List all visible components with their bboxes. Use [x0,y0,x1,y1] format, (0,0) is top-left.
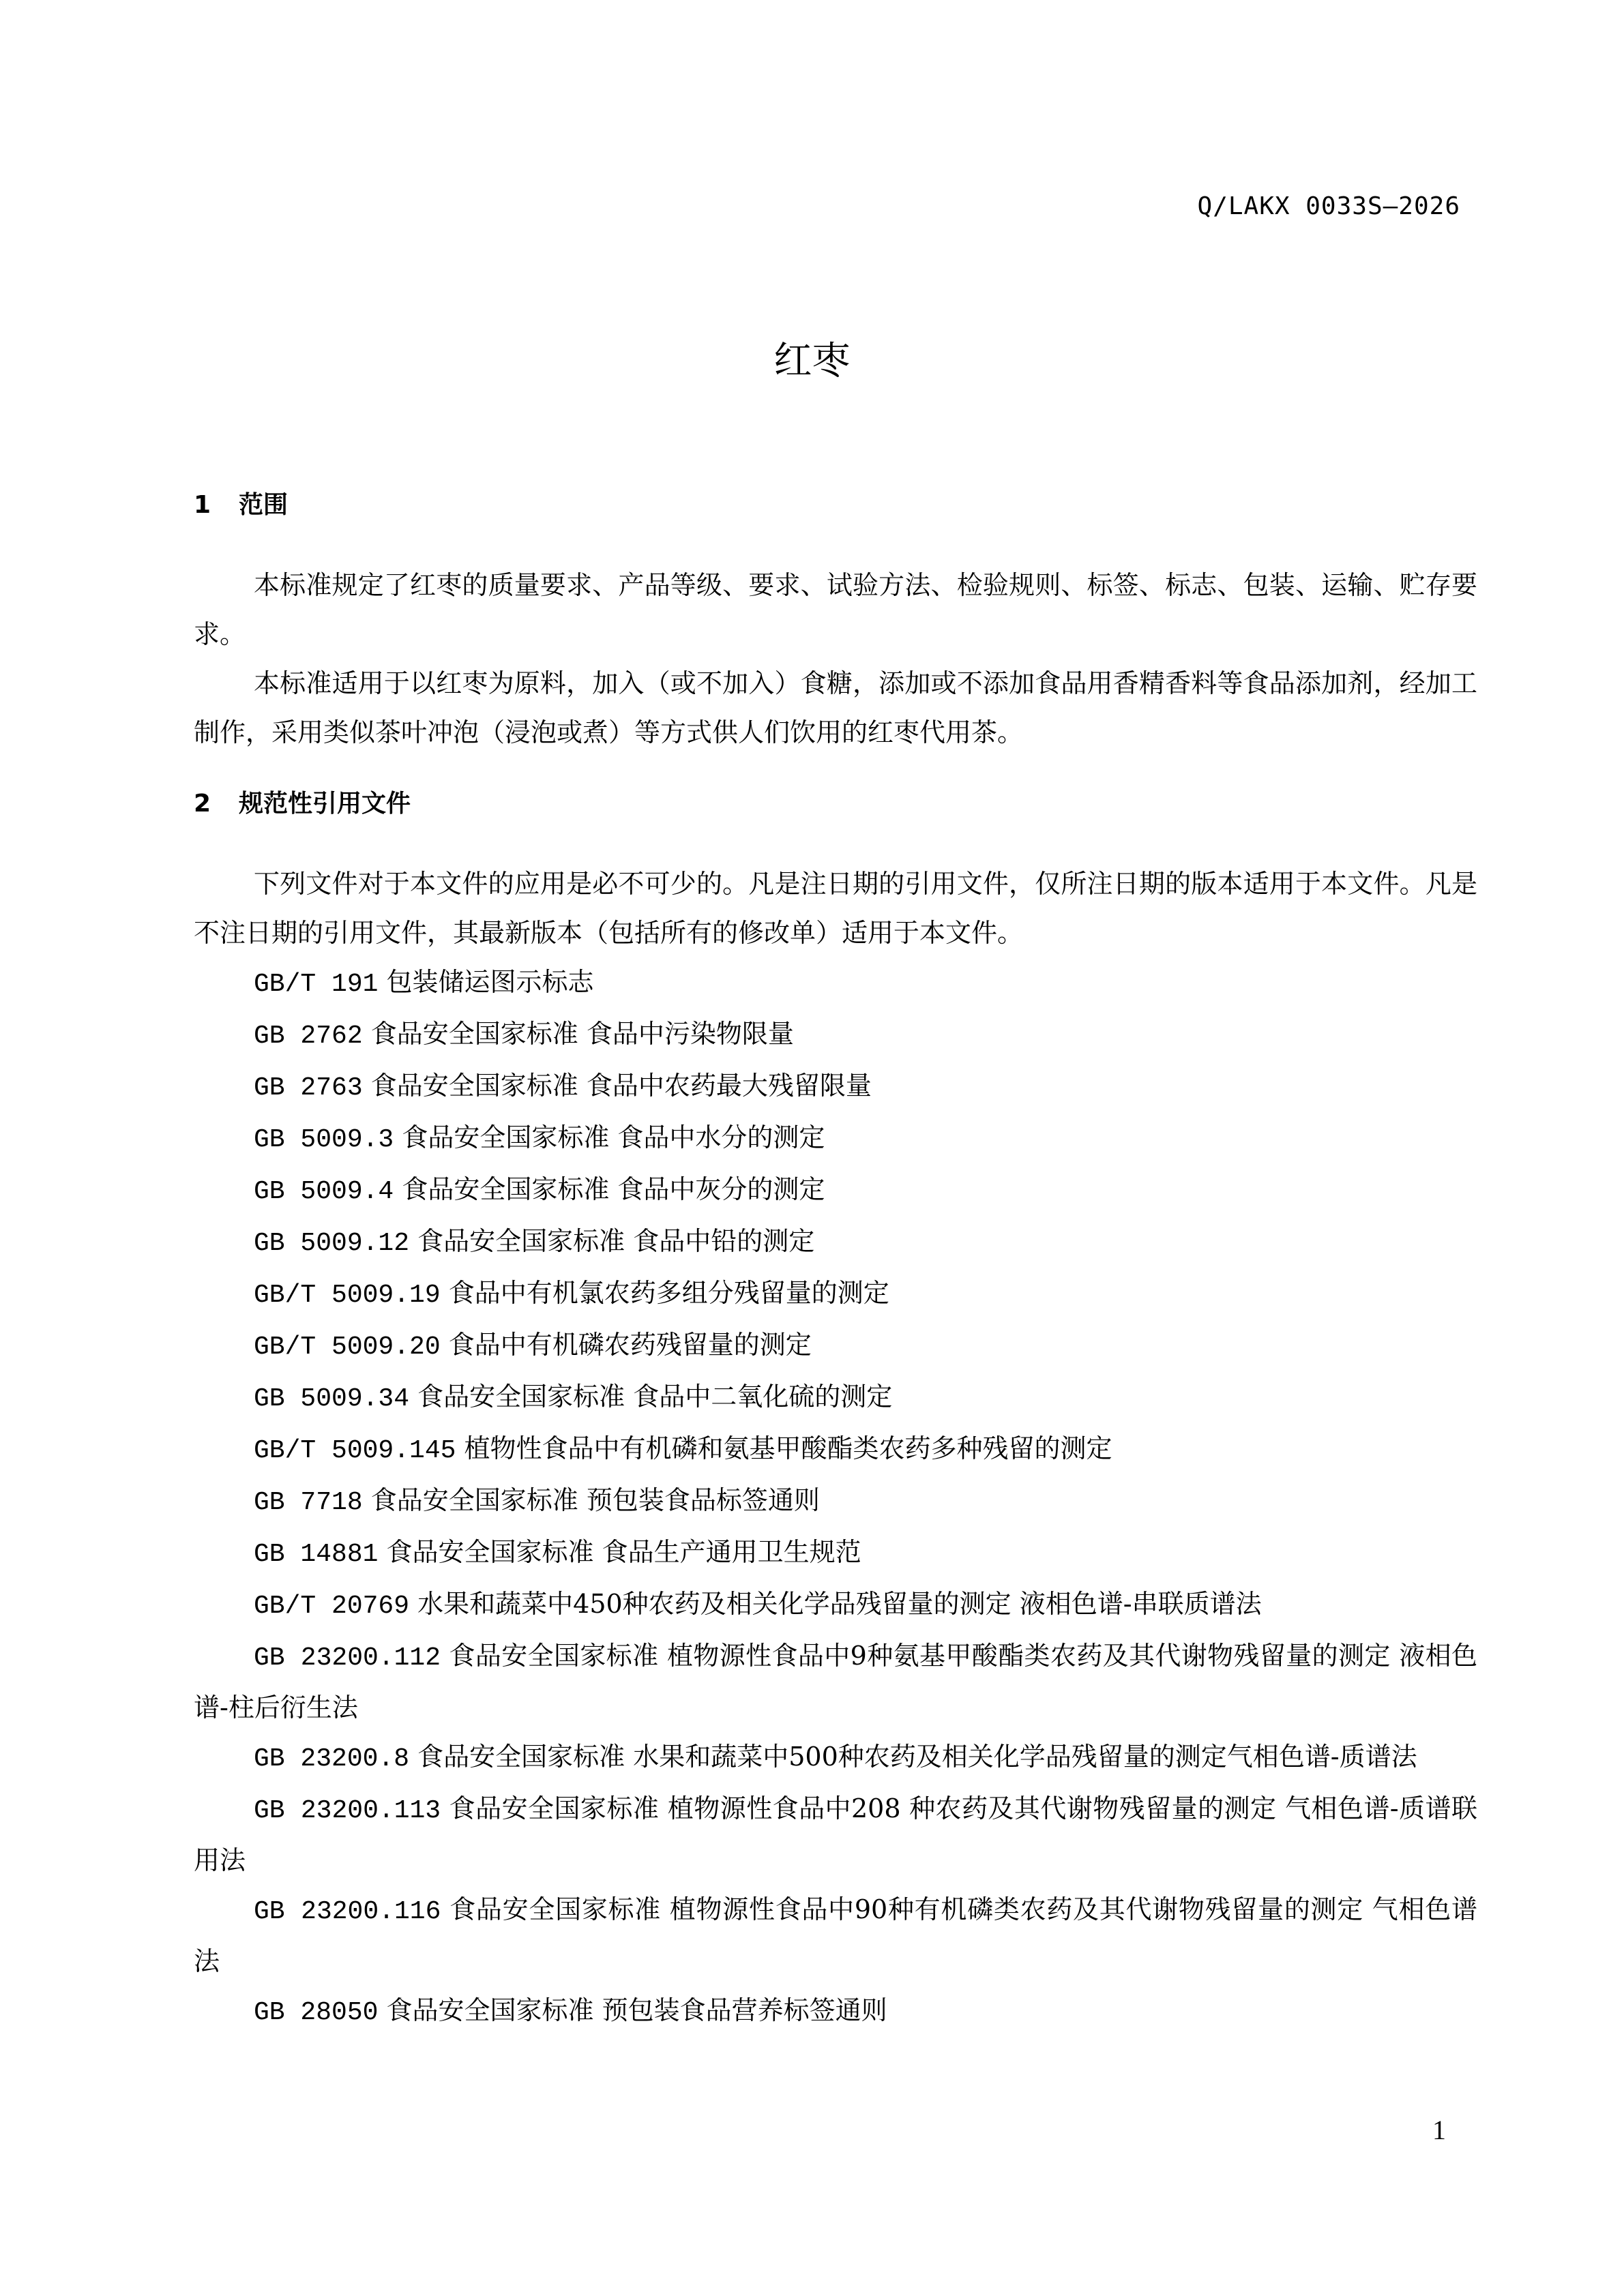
reference-item: GB 23200.112 食品安全国家标准 植物源性食品中9种氨基甲酸酯类农药及… [194,1631,1477,1732]
reference-item: GB/T 191 包装储运图示标志 [194,957,1477,1009]
reference-item: GB/T 5009.19 食品中有机氯农药多组分残留量的测定 [194,1268,1477,1320]
scope-paragraph-1: 本标准规定了红枣的质量要求、产品等级、要求、试验方法、检验规则、标签、标志、包装… [194,561,1477,659]
reference-item: GB 5009.12 食品安全国家标准 食品中铅的测定 [194,1217,1477,1268]
section-number: 1 [194,491,239,519]
section-number: 2 [194,790,239,818]
reference-item: GB 2762 食品安全国家标准 食品中污染物限量 [194,1009,1477,1061]
reference-item: GB 14881 食品安全国家标准 食品生产通用卫生规范 [194,1527,1477,1579]
scope-paragraph-2: 本标准适用于以红枣为原料，加入（或不加入）食糖，添加或不添加食品用香精香料等食品… [194,659,1477,757]
reference-item: GB 2763 食品安全国家标准 食品中农药最大残留限量 [194,1061,1477,1113]
reference-item: GB 23200.116 食品安全国家标准 植物源性食品中90种有机磷类农药及其… [194,1885,1477,1986]
reference-item: GB/T 5009.20 食品中有机磷农药残留量的测定 [194,1320,1477,1372]
document-title: 红枣 [0,331,1624,385]
reference-item: GB/T 20769 水果和蔬菜中450种农药及相关化学品残留量的测定 液相色谱… [194,1579,1477,1631]
standard-code: Q/LAKX 0033S—2026 [1198,192,1460,220]
reference-item: GB 23200.113 食品安全国家标准 植物源性食品中208 种农药及其代谢… [194,1784,1477,1885]
references-intro-paragraph: 下列文件对于本文件的应用是必不可少的。凡是注日期的引用文件，仅所注日期的版本适用… [194,859,1477,957]
section-heading-normative-references: 2规范性引用文件 [194,784,411,819]
page-number: 1 [1432,2114,1446,2146]
reference-item: GB 7718 食品安全国家标准 预包装食品标签通则 [194,1476,1477,1527]
reference-item: GB 5009.34 食品安全国家标准 食品中二氧化硫的测定 [194,1372,1477,1424]
reference-item: GB 5009.4 食品安全国家标准 食品中灰分的测定 [194,1165,1477,1217]
reference-item: GB 28050 食品安全国家标准 预包装食品营养标签通则 [194,1986,1477,2038]
section-title: 规范性引用文件 [239,790,411,818]
reference-item: GB 23200.8 食品安全国家标准 水果和蔬菜中500种农药及相关化学品残留… [194,1732,1477,1784]
section-heading-scope: 1范围 [194,486,288,520]
reference-item: GB/T 5009.145 植物性食品中有机磷和氨基甲酸酯类农药多种残留的测定 [194,1424,1477,1476]
reference-item: GB 5009.3 食品安全国家标准 食品中水分的测定 [194,1113,1477,1165]
reference-list: GB/T 191 包装储运图示标志 GB 2762 食品安全国家标准 食品中污染… [194,957,1477,2038]
document-page: Q/LAKX 0033S—2026 红枣 1范围 本标准规定了红枣的质量要求、产… [0,0,1624,2296]
section-title: 范围 [239,491,288,519]
